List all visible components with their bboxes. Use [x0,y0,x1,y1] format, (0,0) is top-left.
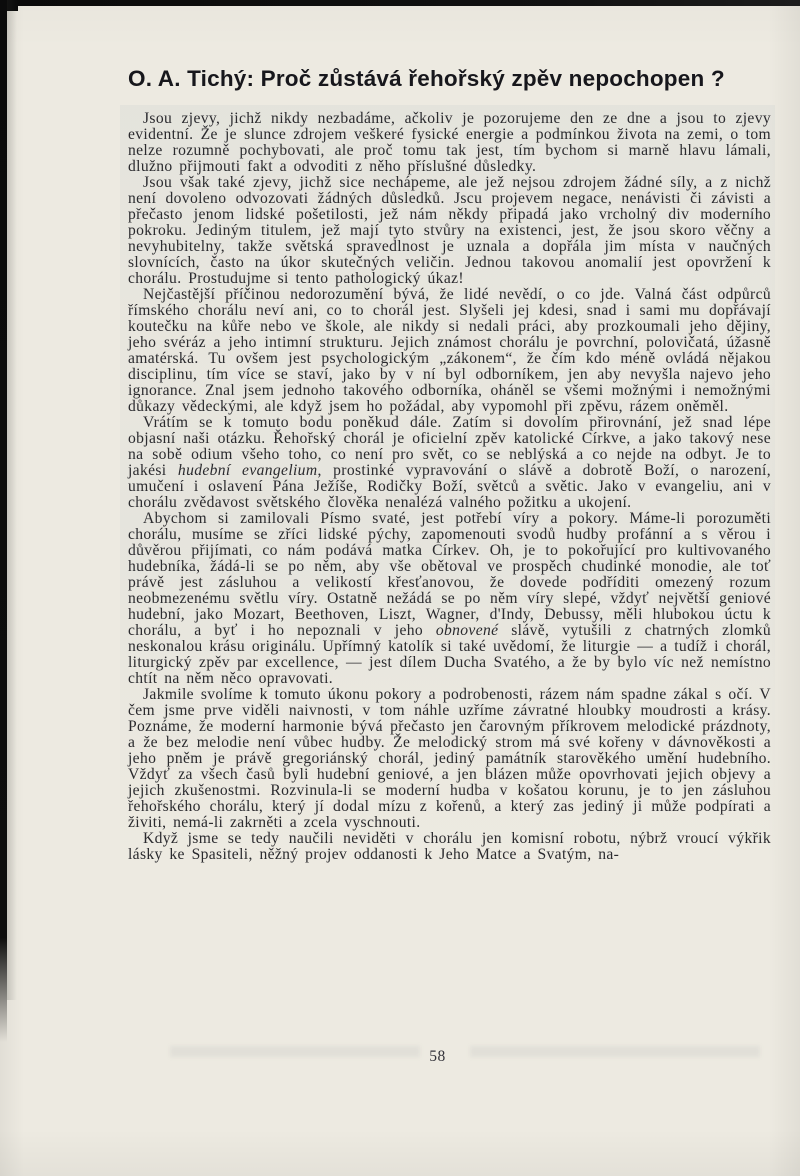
scan-shadow-left [7,0,17,1000]
scanned-journal-page: O. A. Tichý: Proč zůstává řehořský zpěv … [0,0,800,1176]
paragraph-7: Když jsme se tedy naučili neviděti v cho… [128,831,771,863]
paragraph-3: Nejčastější příčinou nedorozumění bývá, … [128,287,771,415]
italic-phrase-obnovene: obnovené [436,622,499,639]
article-body: Jsou zjevy, jichž nikdy nezbadáme, ačkol… [128,111,771,863]
paragraph-6: Jakmile svolíme k tomuto úkonu pokory a … [128,687,771,831]
paragraph-2: Jsou však také zjevy, jichž sice nechápe… [128,175,771,287]
paragraph-5: Abychom si zamilovali Písmo svaté, jest … [128,511,771,687]
paragraph-4: Vrátím se k tomuto bodu poněkud dále. Za… [128,415,771,511]
scan-edge-top [0,0,800,6]
paragraph-1: Jsou zjevy, jichž nikdy nezbadáme, ačkol… [128,111,771,175]
page-number: 58 [120,1048,755,1066]
article-content: O. A. Tichý: Proč zůstává řehořský zpěv … [128,66,771,863]
paragraph-5-text: Abychom si zamilovali Písmo svaté, jest … [128,510,771,639]
scan-edge-left [0,0,7,1042]
italic-phrase-hudebni-evangelium: hudební evangelium [178,462,318,479]
article-title: O. A. Tichý: Proč zůstává řehořský zpěv … [128,66,771,92]
